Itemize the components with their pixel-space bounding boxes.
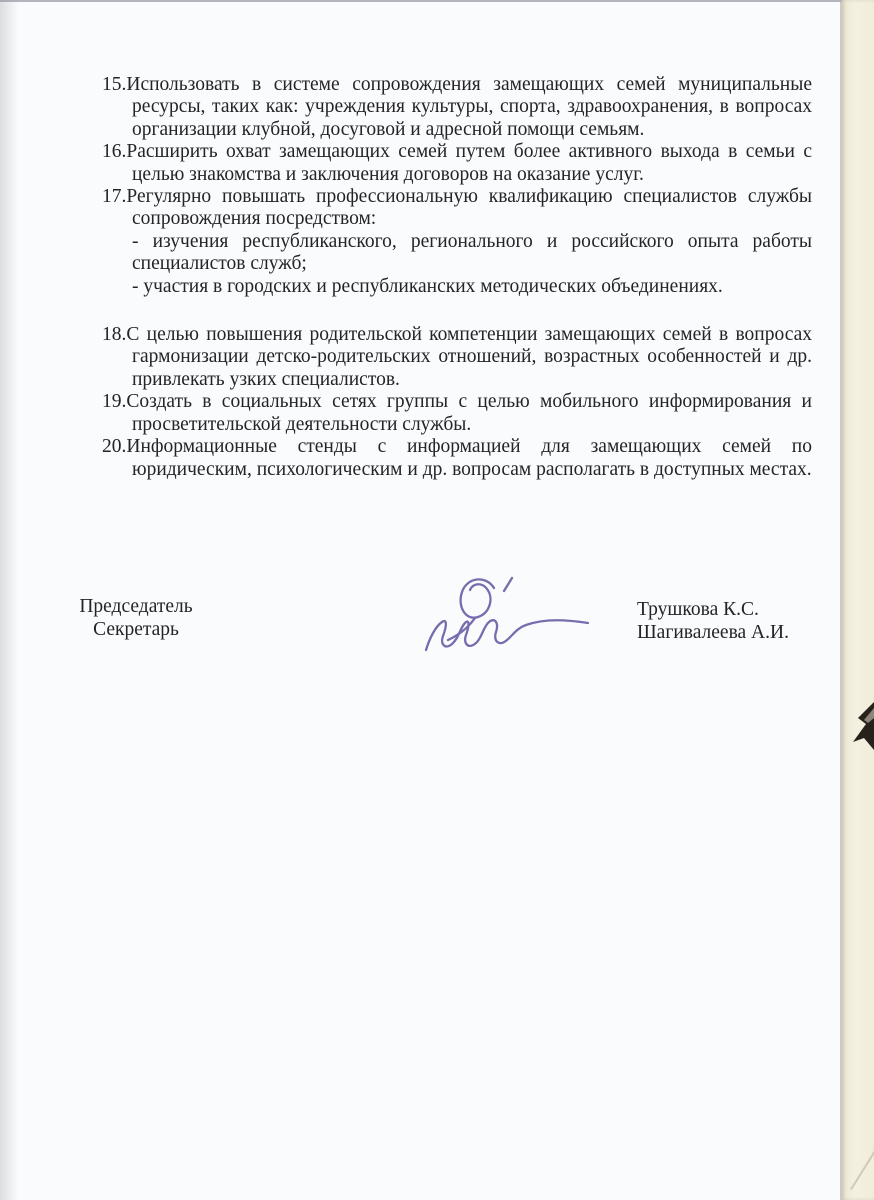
list-item-17-subitem-2: - участия в городских и республиканских … [102, 276, 812, 298]
list-item-17: 17.Регулярно повышать профессиональную к… [102, 186, 812, 231]
item-number: 18. [102, 324, 126, 345]
item-text: С целью повышения родительской компетенц… [126, 324, 812, 390]
handwritten-signature [418, 570, 603, 666]
item-number: 17. [102, 186, 126, 207]
document-text-block: 15.Использовать в системе сопровождения … [102, 74, 812, 481]
item-text: Использовать в системе сопровождения зам… [126, 74, 812, 140]
item-number: 19. [102, 391, 126, 412]
scan-shadow-left [0, 0, 18, 1200]
torn-paper-mark [852, 698, 874, 768]
name-trushkova: Трушкова К.С. [637, 598, 797, 621]
item-text: Создать в социальных сетях группы с цель… [126, 391, 812, 434]
list-item-17-subitem-1: - изучения республиканского, регионально… [102, 231, 812, 276]
role-secretary: Секретарь [70, 619, 202, 642]
list-item-16: 16.Расширить охват замещающих семей путе… [102, 141, 812, 186]
scanned-document-page: { "page": { "background_color": "#fafbfc… [0, 0, 874, 1200]
paper-edge-strip [842, 0, 874, 1200]
role-chairman: Председатель [70, 596, 202, 619]
signature-roles: Председатель Секретарь [70, 596, 202, 641]
list-item-20: 20.Информационные стенды с информацией д… [102, 436, 812, 481]
item-text: Информационные стенды с информацией для … [126, 436, 812, 479]
name-shagivaleeva: Шагивалеева А.И. [637, 621, 797, 644]
list-item-18: 18.С целью повышения родительской компет… [102, 324, 812, 391]
item-text: Расширить охват замещающих семей путем б… [126, 141, 812, 184]
item-number: 20. [102, 436, 126, 457]
scan-edge-top [0, 0, 874, 2]
list-item-15: 15.Использовать в системе сопровождения … [102, 74, 812, 141]
item-text: Регулярно повышать профессиональную квал… [126, 186, 812, 229]
item-number: 16. [102, 141, 126, 162]
signature-names: Трушкова К.С. Шагивалеева А.И. [637, 598, 797, 644]
list-item-19: 19.Создать в социальных сетях группы с ц… [102, 391, 812, 436]
item-number: 15. [102, 74, 126, 95]
